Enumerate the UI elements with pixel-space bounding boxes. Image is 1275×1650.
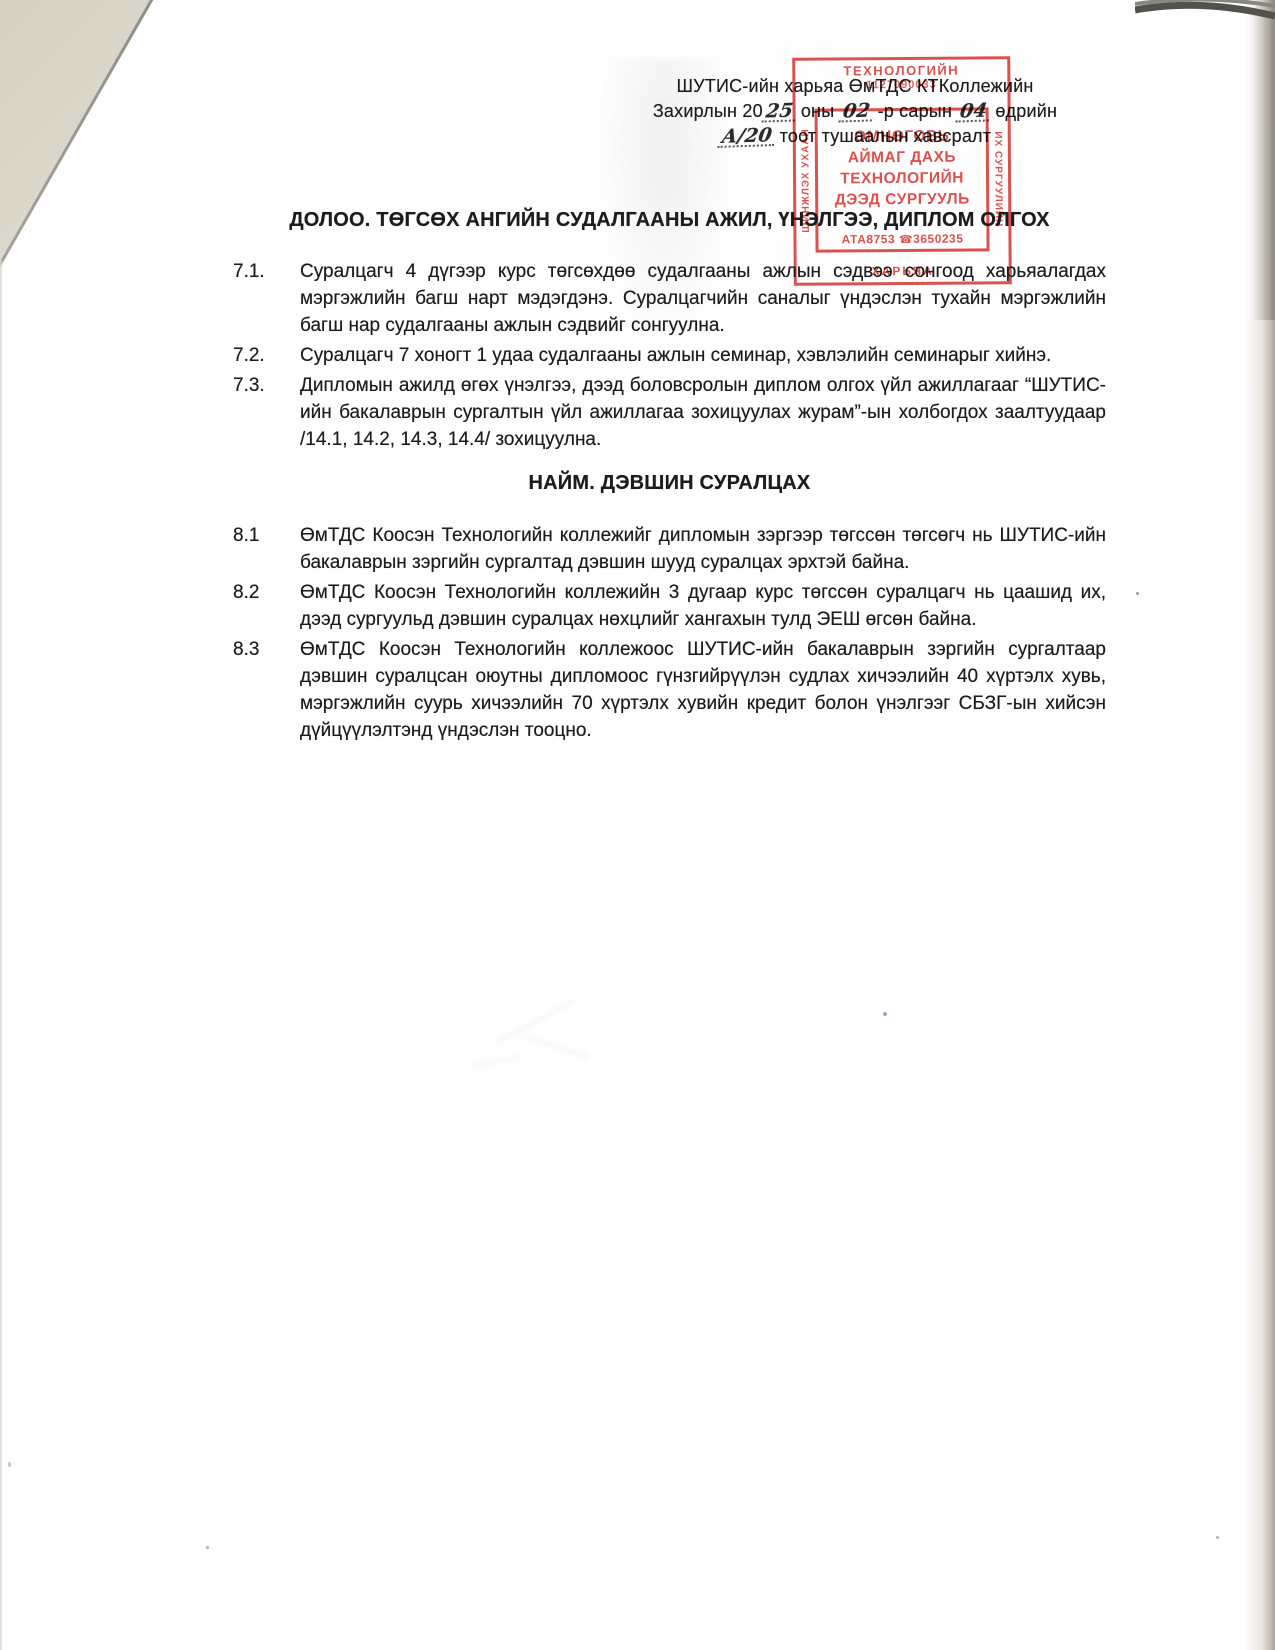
header-line2-prefix: Захирлын 20 xyxy=(653,101,763,121)
clause-7-2: 7.2. Суралцагч 7 хоногт 1 удаа судалгаан… xyxy=(233,342,1106,369)
clause-8-3: 8.3 ӨмТДС Коосэн Технологийн коллежоос Ш… xyxy=(233,636,1106,744)
ink-speck xyxy=(206,1546,209,1549)
clause-8-2: 8.2 ӨмТДС Коосэн Технологийн коллежийн 3… xyxy=(233,579,1106,633)
stamp-center-line: ТЕХНОЛОГИЙН xyxy=(818,167,986,189)
clause-number: 8.3 xyxy=(233,636,300,744)
clause-text: ӨмТДС Коосэн Технологийн коллежоос ШУТИС… xyxy=(300,636,1106,744)
clause-7-3: 7.3. Дипломын ажилд өгөх үнэлгээ, дээд б… xyxy=(233,372,1106,453)
clause-text: Суралцагч 4 дүгээр курс төгсөхдөө судалг… xyxy=(300,258,1106,339)
page-curl-lines xyxy=(1135,0,1275,26)
ink-speck xyxy=(1216,1536,1219,1539)
scan-left-edge xyxy=(0,260,3,1650)
clause-text: ӨмТДС Коосэн Технологийн коллежийг дипло… xyxy=(300,522,1106,576)
scanned-document-page: ШУТИС-ийн харьяа ӨмТДС КТКоллежийн Захир… xyxy=(0,0,1275,1650)
stamp-center-line: ӨМНӨГОВЬ xyxy=(818,125,986,147)
scan-corner-fold xyxy=(0,0,160,270)
stamp-registration-number: 1127090033 xyxy=(795,78,1007,91)
clause-number: 7.2. xyxy=(233,342,300,369)
clause-number: 8.1 xyxy=(233,522,300,576)
ink-speck xyxy=(1136,592,1139,595)
bleed-through-scribble xyxy=(430,990,670,1120)
section-title-7: ДОЛОО. ТӨГСӨХ АНГИЙН СУДАЛГААНЫ АЖИЛ, ҮН… xyxy=(233,207,1106,234)
clause-8-1: 8.1 ӨмТДС Коосэн Технологийн коллежийг д… xyxy=(233,522,1106,576)
clause-7-1: 7.1. Суралцагч 4 дүгээр курс төгсөхдөө с… xyxy=(233,258,1106,339)
stamp-institution-name: ӨМНӨГОВЬ АЙМАГ ДАХЬ ТЕХНОЛОГИЙН ДЭЭД СУР… xyxy=(818,125,987,210)
ink-speck xyxy=(8,1462,11,1467)
section-title-8: НАЙМ. ДЭВШИН СУРАЛЦАХ xyxy=(233,470,1106,497)
clause-number: 7.3. xyxy=(233,372,300,453)
stamp-top-band: ТЕХНОЛОГИЙН 1127090033 xyxy=(795,62,1007,91)
clause-text: ӨмТДС Коосэн Технологийн коллежийн 3 дуг… xyxy=(300,579,1106,633)
page-stack-edge-shadow xyxy=(1253,0,1275,320)
clause-number: 8.2 xyxy=(233,579,300,633)
document-body: ДОЛОО. ТӨГСӨХ АНГИЙН СУДАЛГААНЫ АЖИЛ, ҮН… xyxy=(233,207,1106,747)
stamp-top-text: ТЕХНОЛОГИЙН xyxy=(795,62,1007,78)
handwritten-order-number: А/20 xyxy=(717,126,776,148)
clause-text: Дипломын ажилд өгөх үнэлгээ, дээд боловс… xyxy=(300,372,1106,453)
stamp-center-line: АЙМАГ ДАХЬ xyxy=(818,146,986,168)
clause-number: 7.1. xyxy=(233,258,300,339)
clause-text: Суралцагч 7 хоногт 1 удаа судалгааны ажл… xyxy=(300,342,1106,369)
ink-speck xyxy=(883,1012,887,1016)
